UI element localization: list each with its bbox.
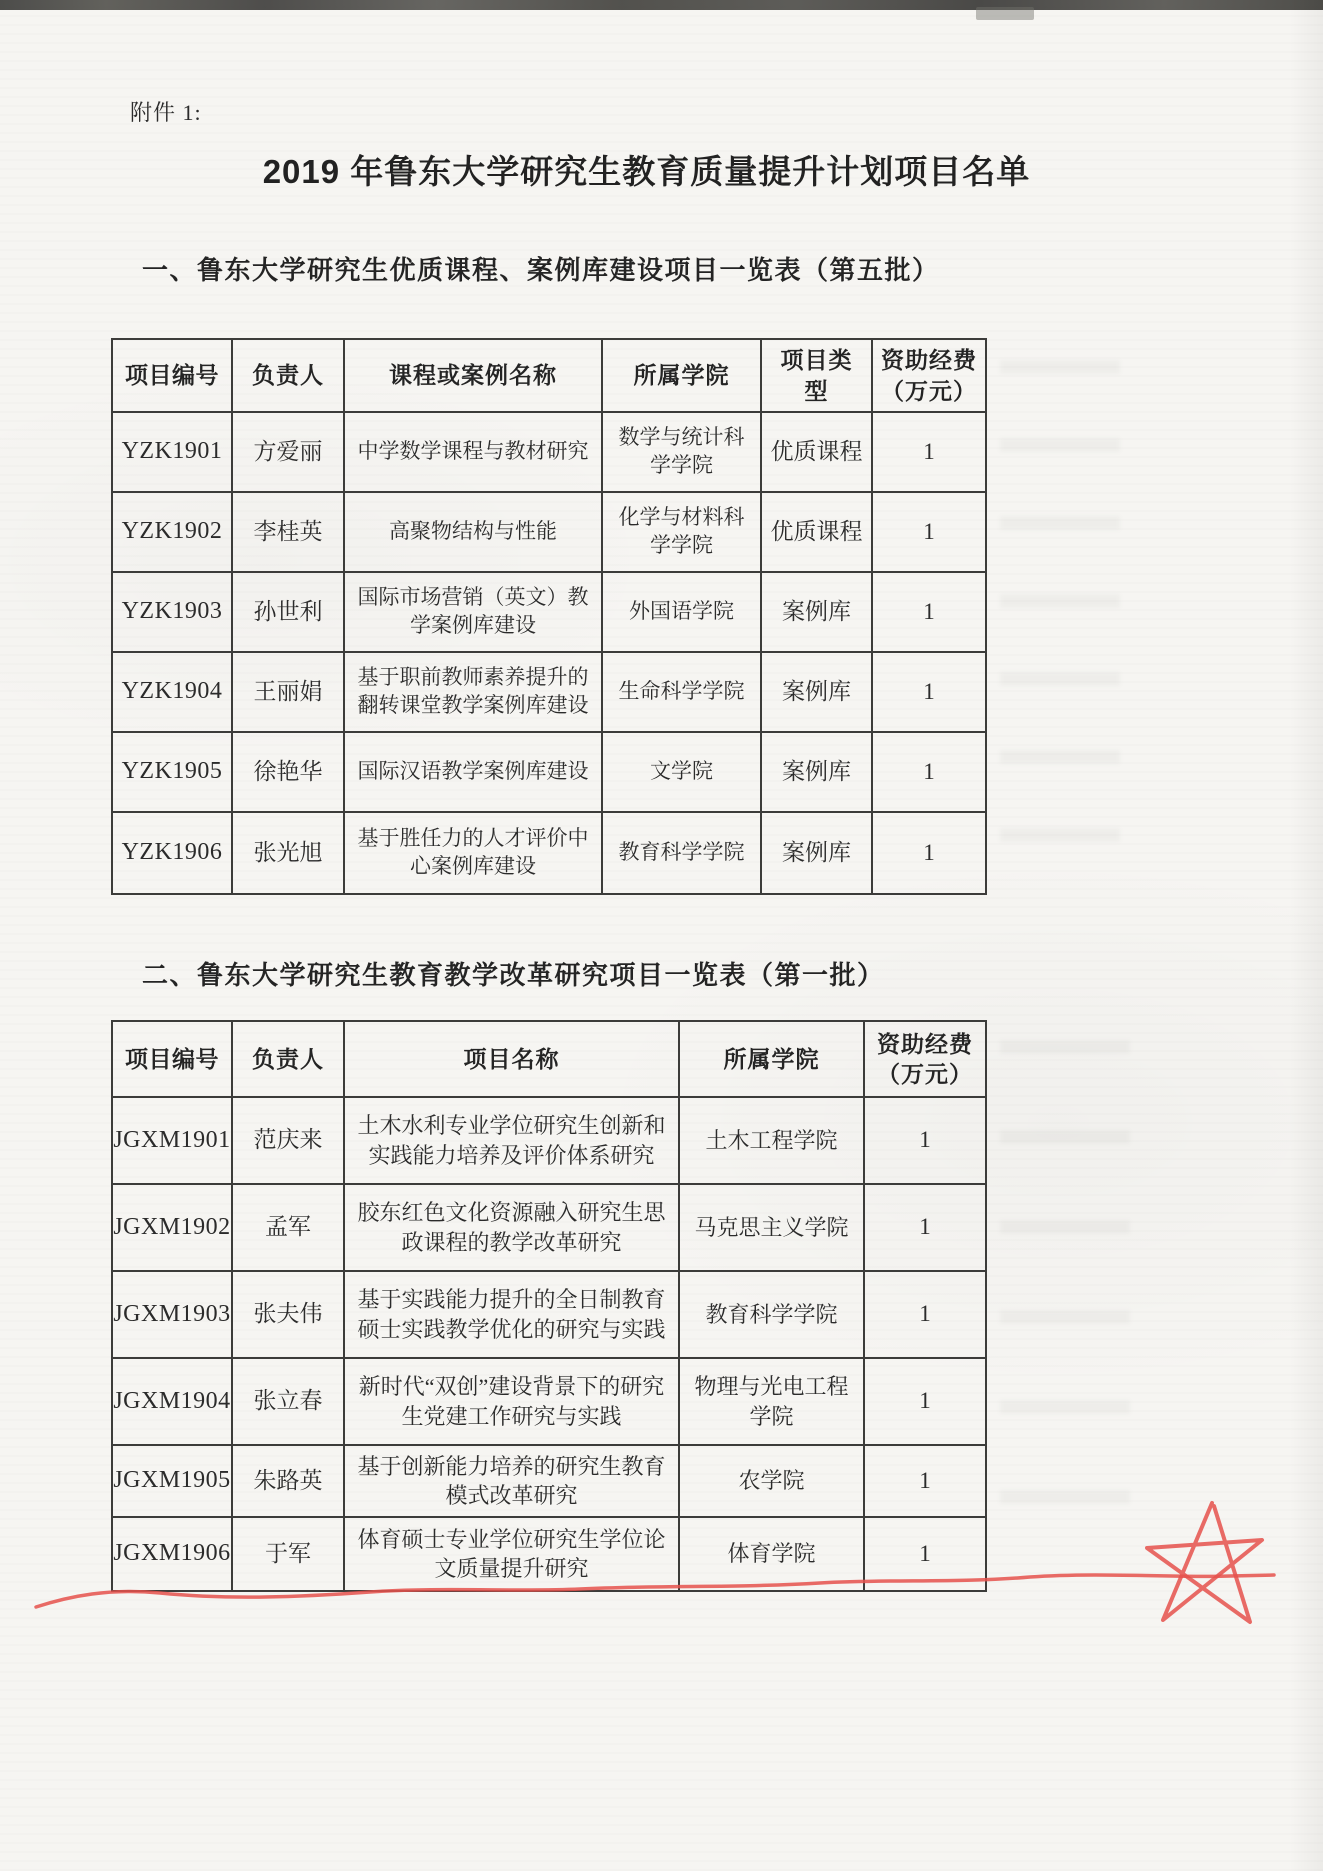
table-cell: 马克思主义学院 — [680, 1185, 865, 1272]
table-cell: YZK1905 — [113, 733, 233, 813]
table-cell: 数学与统计科学学院 — [603, 413, 762, 493]
table-cell: YZK1902 — [113, 493, 233, 573]
column-header: 项目编号 — [113, 340, 233, 413]
table-cell: 优质课程 — [762, 493, 873, 573]
table-cell: JGXM1906 — [113, 1518, 233, 1590]
table-cell: 文学院 — [603, 733, 762, 813]
table-cell: 基于胜任力的人才评价中心案例库建设 — [345, 813, 603, 893]
table-cell: 物理与光电工程学院 — [680, 1359, 865, 1446]
table-cell: 1 — [865, 1518, 985, 1590]
column-header: 所属学院 — [603, 340, 762, 413]
scanner-artifact-band — [0, 0, 1323, 10]
section2-heading: 二、鲁东大学研究生教育教学改革研究项目一览表（第一批） — [142, 955, 885, 992]
column-header: 负责人 — [233, 340, 345, 413]
table-cell: 生命科学学院 — [603, 653, 762, 733]
scanned-document-page: 附件 1: 2019 年鲁东大学研究生教育质量提升计划项目名单 一、鲁东大学研究… — [0, 0, 1323, 1871]
table-cell: 案例库 — [762, 813, 873, 893]
table-cell: 体育学院 — [680, 1518, 865, 1590]
scanner-artifact-smudge — [976, 7, 1034, 20]
table-cell: 新时代“双创”建设背景下的研究生党建工作研究与实践 — [345, 1359, 680, 1446]
table-cell: 1 — [873, 573, 985, 653]
column-header: 资助经费 （万元） — [865, 1022, 985, 1098]
table-cell: YZK1904 — [113, 653, 233, 733]
column-header: 项目名称 — [345, 1022, 680, 1098]
table-cell: 徐艳华 — [233, 733, 345, 813]
table-cell: 1 — [865, 1098, 985, 1185]
table-cell: 基于实践能力提升的全日制教育硕士实践教学优化的研究与实践 — [345, 1272, 680, 1359]
table-cell: 体育硕士专业学位研究生学位论文质量提升研究 — [345, 1518, 680, 1590]
table-cell: 1 — [865, 1185, 985, 1272]
column-header: 课程或案例名称 — [345, 340, 603, 413]
table-cell: 农学院 — [680, 1446, 865, 1518]
table-cell: 张夫伟 — [233, 1272, 345, 1359]
table-cell: JGXM1903 — [113, 1272, 233, 1359]
table-cell: 中学数学课程与教材研究 — [345, 413, 603, 493]
red-star-annotation — [1147, 1503, 1262, 1622]
column-header: 负责人 — [233, 1022, 345, 1098]
table-cell: 张立春 — [233, 1359, 345, 1446]
table-cell: 基于创新能力培养的研究生教育模式改革研究 — [345, 1446, 680, 1518]
table-cell: 1 — [865, 1272, 985, 1359]
table-cell: YZK1906 — [113, 813, 233, 893]
table-cell: JGXM1902 — [113, 1185, 233, 1272]
column-header: 项目编号 — [113, 1022, 233, 1098]
table-cell: 国际市场营销（英文）教学案例库建设 — [345, 573, 603, 653]
table-cell: 李桂英 — [233, 493, 345, 573]
table-cell: 方爱丽 — [233, 413, 345, 493]
table-cell: 案例库 — [762, 653, 873, 733]
table-cell: 于军 — [233, 1518, 345, 1590]
table-cell: 土木水利专业学位研究生创新和实践能力培养及评价体系研究 — [345, 1098, 680, 1185]
education-reform-projects-table: 项目编号 负责人 项目名称 所属学院 资助经费 （万元） JGXM1901 范庆… — [111, 1020, 987, 1592]
table-cell: 王丽娟 — [233, 653, 345, 733]
table-cell: 案例库 — [762, 573, 873, 653]
table-cell: YZK1901 — [113, 413, 233, 493]
table-cell: YZK1903 — [113, 573, 233, 653]
course-case-projects-table: 项目编号 负责人 课程或案例名称 所属学院 项目类型 资助经费 （万元） YZK… — [111, 338, 987, 895]
table-cell: 1 — [873, 653, 985, 733]
table-cell: 1 — [865, 1446, 985, 1518]
table-cell: JGXM1901 — [113, 1098, 233, 1185]
table-cell: 孟军 — [233, 1185, 345, 1272]
table-cell: 国际汉语教学案例库建设 — [345, 733, 603, 813]
table-cell: 外国语学院 — [603, 573, 762, 653]
table-cell: 化学与材料科学学院 — [603, 493, 762, 573]
table-cell: JGXM1904 — [113, 1359, 233, 1446]
table-cell: 1 — [865, 1359, 985, 1446]
scan-edge-shadow — [1289, 0, 1323, 1871]
table-cell: 高聚物结构与性能 — [345, 493, 603, 573]
table-cell: 基于职前教师素养提升的翻转课堂教学案例库建设 — [345, 653, 603, 733]
table-cell: 优质课程 — [762, 413, 873, 493]
table-cell: 朱路英 — [233, 1446, 345, 1518]
column-header: 所属学院 — [680, 1022, 865, 1098]
table-cell: 案例库 — [762, 733, 873, 813]
bleed-through-artifact — [1000, 360, 1120, 880]
bleed-through-artifact — [1000, 1040, 1130, 1580]
table-cell: 胶东红色文化资源融入研究生思政课程的教学改革研究 — [345, 1185, 680, 1272]
attachment-label: 附件 1: — [130, 96, 202, 127]
table-cell: 教育科学学院 — [603, 813, 762, 893]
document-title: 2019 年鲁东大学研究生教育质量提升计划项目名单 — [0, 146, 1293, 193]
table-cell: 张光旭 — [233, 813, 345, 893]
table-cell: 1 — [873, 813, 985, 893]
column-header: 资助经费 （万元） — [873, 340, 985, 413]
table-cell: 孙世利 — [233, 573, 345, 653]
table-cell: 范庆来 — [233, 1098, 345, 1185]
table-cell: 土木工程学院 — [680, 1098, 865, 1185]
table-cell: 1 — [873, 493, 985, 573]
table-cell: 教育科学学院 — [680, 1272, 865, 1359]
column-header: 项目类型 — [762, 340, 873, 413]
table-cell: 1 — [873, 733, 985, 813]
table-cell: JGXM1905 — [113, 1446, 233, 1518]
section1-heading: 一、鲁东大学研究生优质课程、案例库建设项目一览表（第五批） — [142, 250, 940, 287]
table-cell: 1 — [873, 413, 985, 493]
